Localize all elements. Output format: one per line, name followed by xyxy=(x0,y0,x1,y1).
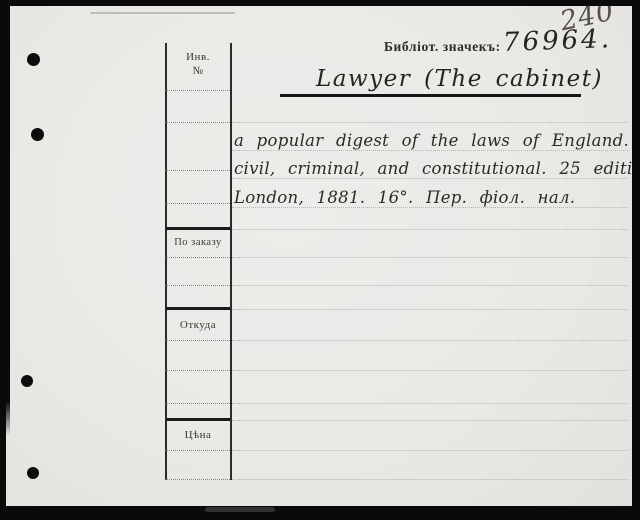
ruled-line xyxy=(232,257,628,258)
column-separator-dotted xyxy=(166,403,230,404)
column-separator-dotted xyxy=(166,370,230,371)
ledger-column-right-line xyxy=(230,43,232,480)
hole-punch-dot xyxy=(27,467,39,479)
scan-border-bottom xyxy=(0,506,640,520)
ruled-line xyxy=(232,309,628,310)
title-underline xyxy=(280,94,581,97)
scan-smudge xyxy=(205,507,275,512)
column-separator-dotted xyxy=(166,170,230,171)
ruled-line xyxy=(232,403,628,404)
handwritten-description-line: a popular digest of the laws of England. xyxy=(234,131,629,150)
handwritten-description-line: civil, criminal, and constitutional. 25 … xyxy=(234,159,640,178)
ledger-label-by-order: По заказу xyxy=(165,237,231,248)
scan-border-right xyxy=(632,0,640,520)
ledger-label-inventory-number-sign: № xyxy=(165,65,231,77)
column-separator-dotted xyxy=(166,203,230,204)
column-separator-dotted xyxy=(166,340,230,341)
library-stamp-label: Библіот. значекъ: xyxy=(384,39,501,55)
ruled-line xyxy=(232,229,628,230)
scanned-catalog-card: Инв. № По заказу Откуда Цѣна Библіот. зн… xyxy=(0,0,640,520)
column-separator-thick xyxy=(166,227,230,230)
hole-punch-dot xyxy=(21,375,33,387)
ruled-line xyxy=(232,150,628,151)
ruled-line xyxy=(232,370,628,371)
column-separator-dotted xyxy=(166,450,230,451)
column-separator-dotted xyxy=(166,122,230,123)
ruled-line xyxy=(232,479,628,480)
column-separator-dotted xyxy=(166,479,230,480)
ruled-line xyxy=(232,420,628,421)
ledger-column-left-line xyxy=(165,43,167,480)
ruled-line xyxy=(232,285,628,286)
ruled-line xyxy=(232,178,628,179)
ledger-label-price: Цѣна xyxy=(165,429,231,441)
ruled-line xyxy=(232,450,628,451)
ruled-line xyxy=(232,340,628,341)
ruled-line xyxy=(232,207,628,208)
hole-punch-dot xyxy=(31,128,44,141)
ruled-line xyxy=(232,122,628,123)
column-separator-dotted xyxy=(166,257,230,258)
handwritten-description-line: London, 1881. 16°. Пер. фіол. нал. xyxy=(234,188,575,207)
column-separator-dotted xyxy=(166,285,230,286)
handwritten-title: Lawyer (The cabinet) xyxy=(316,66,603,92)
column-separator-thick xyxy=(166,307,230,310)
column-separator-thick xyxy=(166,418,230,421)
ledger-label-inventory: Инв. xyxy=(165,51,231,63)
scan-smudge xyxy=(90,12,235,14)
column-separator-dotted xyxy=(166,90,230,91)
hole-punch-dot xyxy=(27,53,40,66)
ledger-label-from-where: Откуда xyxy=(165,319,231,331)
scan-border-left xyxy=(0,0,10,436)
scan-border-top xyxy=(0,0,640,6)
